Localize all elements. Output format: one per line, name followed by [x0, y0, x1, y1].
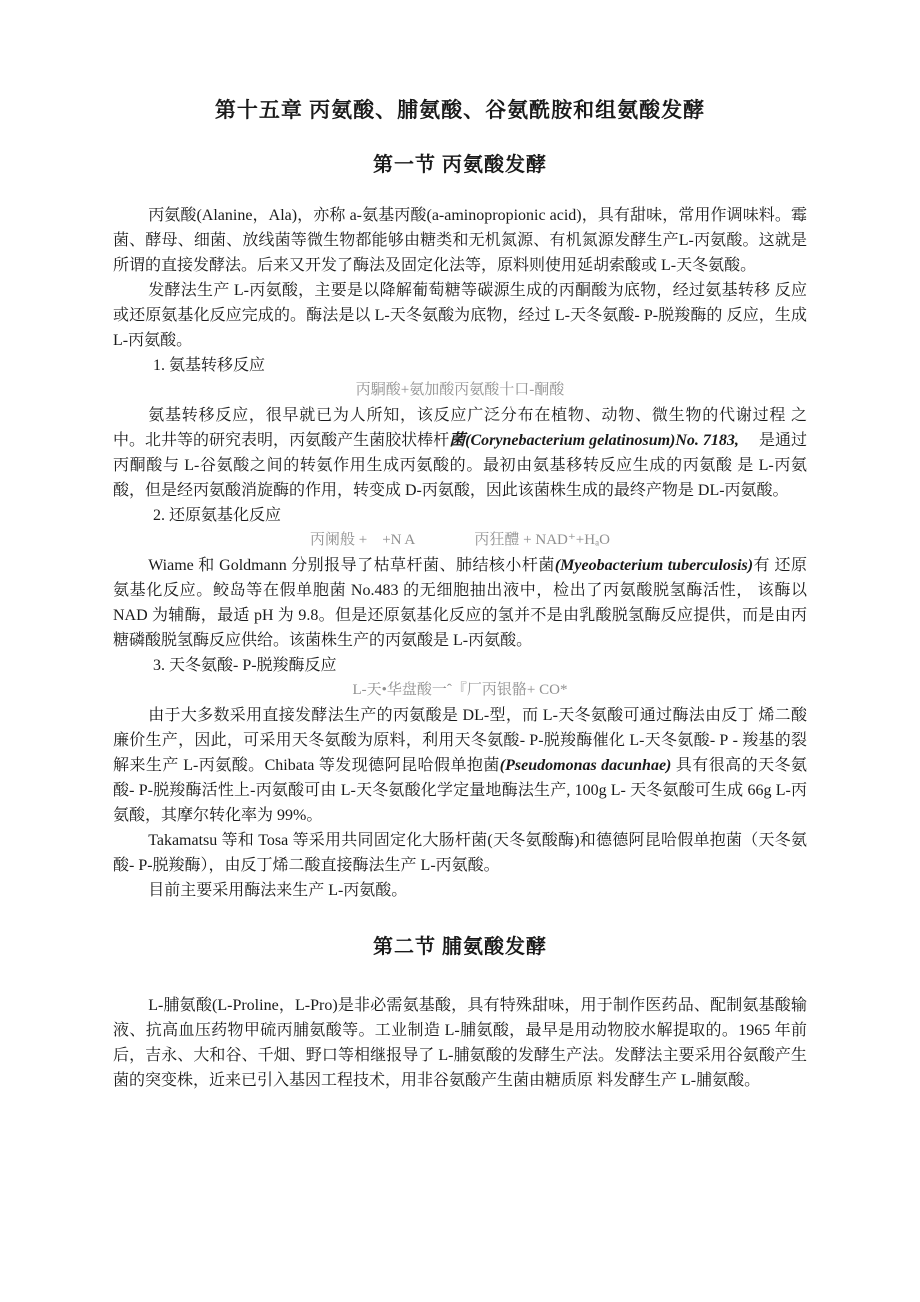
document-page: 第十五章 丙氨酸、脯氨酸、谷氨酰胺和组氨酸发酵 第一节 丙氨酸发酵 丙氨酸(Al… [0, 0, 920, 1302]
section-1-title: 第一节 丙氨酸发酵 [113, 151, 807, 179]
paragraph-reductive-amination-detail: Wiame 和 Goldmann 分别报导了枯草杆菌、肺结核小杆菌(Myeoba… [113, 553, 807, 653]
paragraph-current-method: 目前主要采用酶法来生产 L-丙氨酸。 [113, 878, 807, 903]
paragraph-alanine-intro: 丙氨酸(Alanine，Ala)，亦称 a-氨基丙酸(a-aminopropio… [113, 203, 807, 278]
list-item-reductive-amination: 2. 还原氨基化反应 [113, 503, 807, 528]
species-name-myeobacterium: (Myeobacterium tuberculosis) [555, 557, 753, 574]
paragraph-fermentation-method: 发酵法生产 L-丙氨酸，主要是以降解葡萄糖等碳源生成的丙酮酸为底物，经过氨基转移… [113, 278, 807, 353]
section-2-title: 第二节 脯氨酸发酵 [113, 933, 807, 961]
paragraph-transamination-detail: 氨基转移反应，很早就已为人所知，该反应广泛分布在植物、动物、微生物的代谢过程 之… [113, 403, 807, 503]
paragraph-proline-intro: L-脯氨酸(L-Proline，L-Pro)是非必需氨基酸，具有特殊甜味，用于制… [113, 993, 807, 1093]
species-name-pseudomonas: (Pseudomonas dacunhae) [500, 757, 672, 774]
paragraph-decarboxylase-detail: 由于大多数采用直接发酵法生产的丙氨酸是 DL-型，而 L-天冬氨酸可通过酶法由反… [113, 703, 807, 828]
reaction-formula-transamination: 丙駧酸+氨加酸丙氨酸十口-酮酸 [113, 378, 807, 403]
species-name-corynebacterium: 菌(Corynebacterium gelatinosum)No. 7183, [449, 432, 739, 449]
paragraph-immobilized-cells: Takamatsu 等和 Tosa 等采用共同固定化大肠杆菌(天冬氨酸酶)和德德… [113, 828, 807, 878]
reaction-formula-decarboxylation: L-天•华盘酸一ˆ『厂丙银骼+ CO* [113, 678, 807, 703]
list-item-transamination: 1. 氨基转移反应 [113, 353, 807, 378]
paragraph-text: Wiame 和 Goldmann 分别报导了枯草杆菌、肺结核小杆菌 [148, 557, 555, 574]
reaction-formula-reductive-amination: 丙阑般 + +N A 丙狂醴 + NAD⁺+HₐO [113, 528, 807, 553]
chapter-title: 第十五章 丙氨酸、脯氨酸、谷氨酰胺和组氨酸发酵 [113, 95, 807, 125]
list-item-aspartate-decarboxylase: 3. 天冬氨酸- Ρ-脱羧酶反应 [113, 653, 807, 678]
